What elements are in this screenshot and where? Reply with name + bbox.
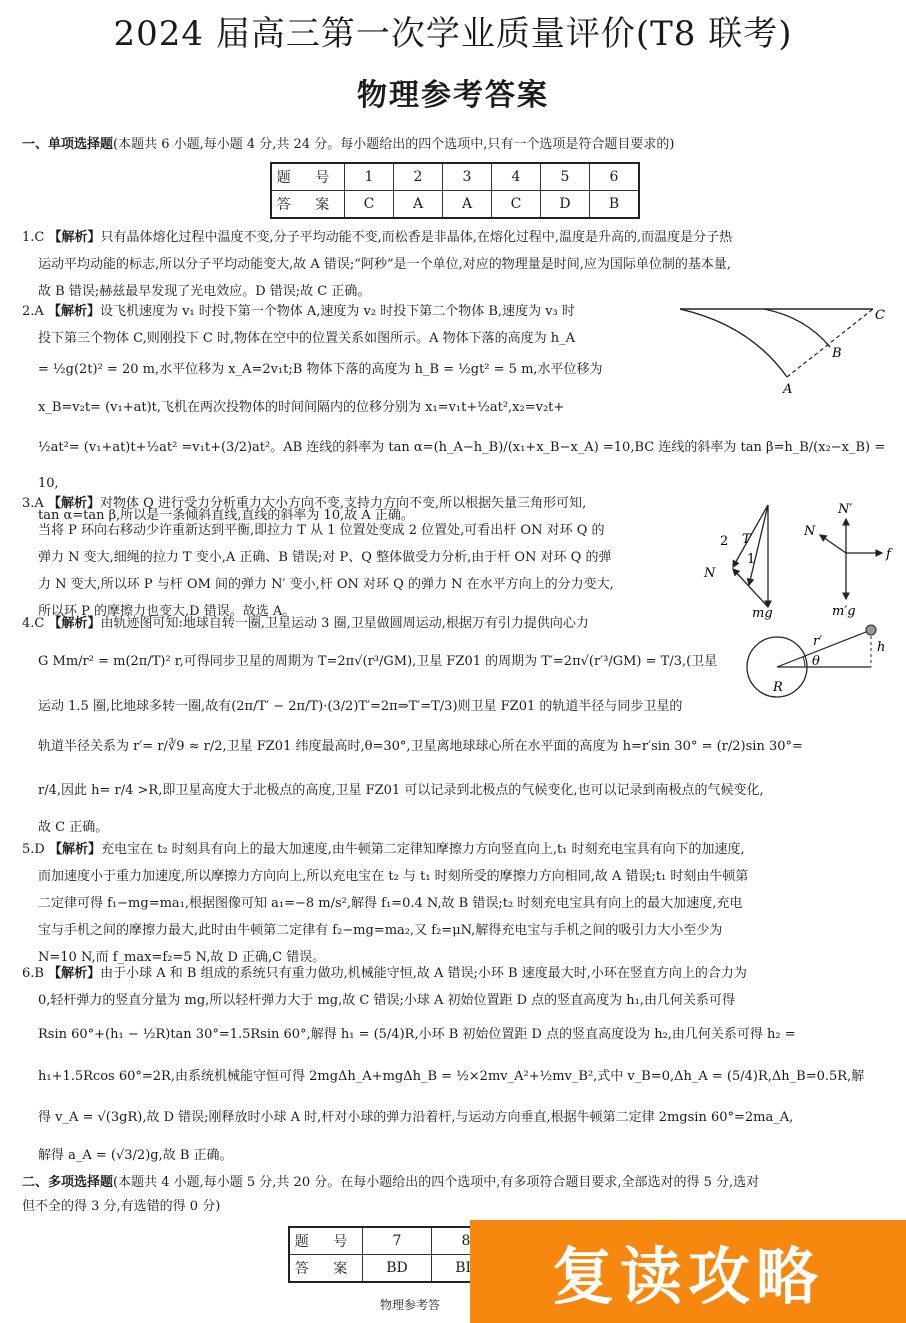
- question-id: 6.B: [22, 966, 44, 981]
- explanation-q5: 5.D 【解析】充电宝在 t₂ 时刻具有向上的最大加速度,由牛顿第二定律知摩擦力…: [22, 836, 892, 971]
- explanation-q6: 6.B 【解析】由于小球 A 和 B 组成的系统只有重力做功,机械能守恒,故 A…: [22, 960, 892, 1174]
- label-f: f: [885, 547, 893, 562]
- text-line: 弹力 N 变大,细绳的拉力 T 变小,A 正确、B 错误;对 P、Q 整体做受力…: [22, 544, 702, 571]
- row-label: 题 号: [289, 1227, 363, 1255]
- section1-description: (本题共 6 小题,每小题 4 分,共 24 分。每小题给出的四个选项中,只有一…: [113, 137, 674, 152]
- question-id: 3.A: [22, 496, 44, 511]
- text-line: 只有晶体熔化过程中温度不变,分子平均动能不变,而松香是非晶体,在熔化过程中,温度…: [101, 230, 733, 245]
- label-C: C: [875, 308, 885, 323]
- question-number: 1: [345, 163, 394, 191]
- text-line: 而加速度小于重力加速度,所以摩擦力方向向上,所以充电宝在 t₂ 与 t₁ 时刻所…: [22, 863, 892, 890]
- question-number: 5: [541, 163, 590, 191]
- text-line: 运动 1.5 圈,比地球多转一圈,故有(2π/T′ − 2π/T)·(3/2)T…: [22, 687, 742, 727]
- text-line: 当将 P 环向右移动少许重新达到平衡,即拉力 T 从 1 位置处变成 2 位置处…: [22, 517, 702, 544]
- analysis-tag: 【解析】: [48, 496, 100, 511]
- label-theta: θ: [812, 654, 820, 669]
- text-line: 投下第三个物体 C,则刚投下 C 时,物体在空中的位置关系如图所示。A 物体下落…: [22, 325, 682, 352]
- text-line: h₁+1.5Rcos 60°=2R,由系统机械能守恒可得 2mgΔh_A+mgΔ…: [22, 1056, 892, 1098]
- section2-description-cont: 但不全的得 3 分,有选错的得 0 分): [22, 1198, 892, 1216]
- label-B: B: [831, 346, 842, 361]
- page-title: 2024 届高三第一次学业质量评价(T8 联考): [0, 6, 906, 55]
- text-line: 得 v_A = √(3gR),故 D 错误;刚释放时小球 A 时,杆对小球的弹力…: [22, 1098, 892, 1138]
- explanation-q4-cont: 轨道半径关系为 r′= r/∛9 ≈ r/2,卫星 FZ01 纬度最高时,θ=3…: [22, 725, 892, 843]
- answer-cell: B: [590, 191, 640, 219]
- explanation-q4: 4.C 【解析】由轨迹图可知:地球自转一圈,卫星运动 3 圈,卫星做圆周运动,根…: [22, 610, 742, 727]
- question-number: 7: [363, 1227, 432, 1255]
- answer-cell: A: [443, 191, 492, 219]
- question-id: 4.C: [22, 616, 44, 631]
- explanation-q1: 1.C 【解析】只有晶体熔化过程中温度不变,分子平均动能不变,而松香是非晶体,在…: [22, 224, 888, 305]
- answer-cell: D: [541, 191, 590, 219]
- label-N-prime: N′: [837, 502, 852, 517]
- analysis-tag: 【解析】: [48, 304, 100, 319]
- question-id: 5.D: [22, 842, 45, 857]
- label-A: A: [782, 382, 792, 397]
- watermark-banner: 复读攻略: [470, 1220, 906, 1323]
- page-subtitle: 物理参考答案: [0, 70, 906, 114]
- section1-answer-table: 题 号 1 2 3 4 5 6 答 案 C A A C D B: [270, 162, 640, 219]
- analysis-tag: 【解析】: [49, 842, 101, 857]
- label-r-prime: r′: [813, 634, 822, 649]
- label-N2: N: [803, 524, 816, 539]
- label-2: 2: [720, 534, 728, 549]
- question-number: 6: [590, 163, 640, 191]
- section1-title: 一、单项选择题: [22, 137, 113, 152]
- text-line: Rsin 60°+(h₁ − ½R)tan 30°=1.5Rsin 60°,解得…: [22, 1014, 892, 1056]
- text-line: 二定律可得 f₁−mg=ma₁,根据图像可知 a₁=−8 m/s²,解得 f₁=…: [22, 890, 892, 917]
- answer-cell: BD: [363, 1255, 432, 1283]
- question-id: 2.A: [22, 304, 44, 319]
- label-R: R: [772, 680, 783, 695]
- page-footer: 物理参考答: [380, 1296, 440, 1313]
- answer-cell: A: [394, 191, 443, 219]
- text-line: 由于小球 A 和 B 组成的系统只有重力做功,机械能守恒,故 A 错误;小环 B…: [100, 966, 747, 981]
- label-h: h: [877, 640, 885, 655]
- text-line: 轨道半径关系为 r′= r/∛9 ≈ r/2,卫星 FZ01 纬度最高时,θ=3…: [22, 725, 892, 769]
- text-line: 运动平均动能的标志,所以分子平均动能变大,故 A 错误;“阿秒”是一个单位,对应…: [22, 251, 888, 278]
- text-line: 充电宝在 t₂ 时刻具有向上的最大加速度,由牛顿第二定律知摩擦力方向竖直向上,t…: [101, 842, 745, 857]
- section2-title: 二、多项选择题: [22, 1175, 113, 1190]
- explanation-q2: 2.A 【解析】设飞机速度为 v₁ 时投下第一个物体 A,速度为 v₂ 时投下第…: [22, 298, 682, 428]
- satellite-orbit-diagram: r′ θ h R: [735, 615, 906, 710]
- analysis-tag: 【解析】: [49, 230, 101, 245]
- label-T: T: [742, 532, 752, 547]
- row-label: 答 案: [271, 191, 345, 219]
- label-1: 1: [747, 552, 755, 567]
- projectile-diagram: A B C: [680, 295, 906, 400]
- table-row: 答 案 C A A C D B: [271, 191, 639, 219]
- explanation-q3: 3.A 【解析】对物体 Q 进行受力分析重力大小方向不变,支持力方向不变,所以根…: [22, 490, 702, 625]
- section2-description: (本题共 4 小题,每小题 5 分,共 20 分。在每小题给出的四个选项中,有多…: [113, 1175, 759, 1190]
- question-number: 2: [394, 163, 443, 191]
- text-line: G Mm/r² = m(2π/T)² r,可得同步卫星的周期为 T=2π√(r³…: [22, 637, 742, 687]
- text-line: 0,轻杆弹力的竖直分量为 mg,所以轻杆弹力大于 mg,故 C 错误;小球 A …: [22, 987, 892, 1014]
- section1-heading: 一、单项选择题(本题共 6 小题,每小题 4 分,共 24 分。每小题给出的四个…: [22, 136, 892, 154]
- answer-cell: C: [492, 191, 541, 219]
- text-line: 力 N 变大,所以环 P 与杆 OM 间的弹力 N′ 变小,杆 ON 对环 Q …: [22, 571, 702, 598]
- text-line: = ½g(2t)² = 20 m,水平位移为 x_A=2v₁t;B 物体下落的高…: [22, 352, 682, 388]
- analysis-tag: 【解析】: [49, 616, 101, 631]
- text-line: 解得 a_A = (√3/2)g,故 B 正确。: [22, 1138, 892, 1174]
- table-row: 题 号 1 2 3 4 5 6: [271, 163, 639, 191]
- question-number: 4: [492, 163, 541, 191]
- question-id: 1.C: [22, 230, 44, 245]
- text-line: 宝与手机之间的摩擦力最大,此时由牛顿第二定律有 f₂−mg=ma₂,又 f₂=μ…: [22, 917, 892, 944]
- answer-cell: C: [345, 191, 394, 219]
- analysis-tag: 【解析】: [48, 966, 100, 981]
- text-line: 对物体 Q 进行受力分析重力大小方向不变,支持力方向不变,所以根据矢量三角形可知…: [100, 496, 586, 511]
- text-line: r/4,因此 h= r/4 >R,即卫星高度大于北极点的高度,卫星 FZ01 可…: [22, 769, 892, 813]
- label-N: N: [703, 566, 716, 581]
- row-label: 题 号: [271, 163, 345, 191]
- section2-heading: 二、多项选择题(本题共 4 小题,每小题 5 分,共 20 分。在每小题给出的四…: [22, 1174, 892, 1216]
- text-line: 设飞机速度为 v₁ 时投下第一个物体 A,速度为 v₂ 时投下第二个物体 B,速…: [100, 304, 575, 319]
- question-number: 3: [443, 163, 492, 191]
- row-label: 答 案: [289, 1255, 363, 1283]
- text-line: x_B=v₂t= (v₁+at)t,飞机在两次投物体的时间间隔内的位移分别为 x…: [22, 388, 682, 428]
- text-line: 由轨迹图可知:地球自转一圈,卫星运动 3 圈,卫星做圆周运动,根据万有引力提供向…: [101, 616, 589, 631]
- force-triangle-diagram: 2 T 1 N mg N′ N f m′g: [700, 495, 906, 620]
